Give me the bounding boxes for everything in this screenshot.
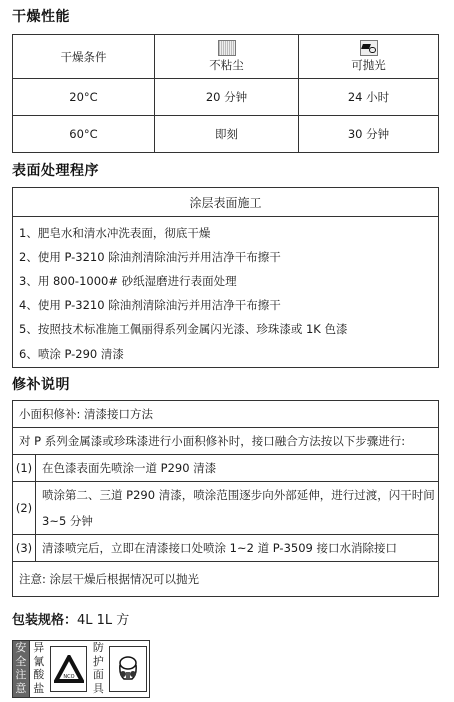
surface-step: 6、喷涂 P-290 清漆 — [13, 341, 439, 368]
protection-label-char: 防 — [91, 641, 105, 655]
repair-title: 修补说明 — [12, 374, 70, 394]
protection-label: 防 护 面 具 — [89, 641, 107, 697]
cell-dust-free: 即刻 — [155, 116, 299, 153]
safety-notice: 安 全 注 意 异 氰 酸 盐 NCO 防 护 面 具 — [12, 640, 150, 698]
safety-tag-char: 意 — [13, 682, 29, 696]
hazard-label-char: 氰 — [32, 655, 46, 669]
repair-intro: 对 P 系列金属漆或珍珠漆进行小面积修补时，接口融合方法按以下步骤进行: — [13, 428, 439, 455]
step-number: (3) — [13, 535, 36, 562]
surface-step: 2、使用 P-3210 除油剂清除油污并用洁净干布擦干 — [13, 245, 439, 269]
surface-step: 5、按照技术标准施工佩丽得系列金属闪光漆、珍珠漆或 1K 色漆 — [13, 317, 439, 341]
step-number: (2) — [13, 482, 36, 535]
hazard-label-char: 酸 — [32, 668, 46, 682]
header-polishable: 可抛光 — [299, 35, 439, 79]
safety-tag-char: 注 — [13, 668, 29, 682]
svg-text:NCO: NCO — [63, 674, 74, 680]
header-dust-free-label: 不粘尘 — [209, 58, 244, 72]
drying-table: 干燥条件 不粘尘 可抛光 20°C 20 分钟 24 小时 60°C 即刻 30… — [12, 34, 439, 153]
respirator-mask-icon — [109, 646, 147, 692]
header-polishable-label: 可抛光 — [351, 58, 386, 72]
surface-title: 表面处理程序 — [12, 160, 99, 180]
hazard-warning-icon: NCO — [50, 646, 88, 692]
surface-step: 1、肥皂水和清水冲洗表面，彻底干燥 — [13, 217, 439, 246]
step-text: 喷涂第二、三道 P290 清漆，喷涂范围逐步向外部延伸，进行过渡，闪干时间 3~… — [36, 482, 439, 535]
header-dust-free: 不粘尘 — [155, 35, 299, 79]
hazard-label-char: 盐 — [32, 682, 46, 696]
dust-free-icon — [218, 40, 236, 56]
repair-method: 小面积修补: 清漆接口方法 — [13, 401, 439, 428]
cell-polishable: 30 分钟 — [299, 116, 439, 153]
cell-dust-free: 20 分钟 — [155, 79, 299, 116]
surface-step: 3、用 800-1000# 砂纸湿磨进行表面处理 — [13, 269, 439, 293]
step-text: 清漆喷完后，立即在清漆接口处喷涂 1~2 道 P-3509 接口水消除接口 — [36, 535, 439, 562]
drying-title: 干燥性能 — [12, 6, 70, 26]
drying-header-row: 干燥条件 不粘尘 可抛光 — [13, 35, 439, 79]
cell-condition: 20°C — [13, 79, 155, 116]
protection-label-char: 具 — [91, 682, 105, 696]
surface-table: 涂层表面施工 1、肥皂水和清水冲洗表面，彻底干燥 2、使用 P-3210 除油剂… — [12, 187, 439, 368]
header-condition: 干燥条件 — [13, 35, 155, 79]
hazard-label: 异 氰 酸 盐 — [30, 641, 48, 697]
repair-table: 小面积修补: 清漆接口方法 对 P 系列金属漆或珍珠漆进行小面积修补时，接口融合… — [12, 400, 439, 597]
repair-note: 注意: 涂层干燥后根据情况可以抛光 — [13, 562, 439, 597]
table-row: (2) 喷涂第二、三道 P290 清漆，喷涂范围逐步向外部延伸，进行过渡，闪干时… — [13, 482, 439, 535]
table-row: (3) 清漆喷完后，立即在清漆接口处喷涂 1~2 道 P-3509 接口水消除接… — [13, 535, 439, 562]
surface-table-header: 涂层表面施工 — [13, 188, 439, 217]
cell-condition: 60°C — [13, 116, 155, 153]
packaging-value: 4L 1L 方 — [77, 613, 129, 628]
surface-step: 4、使用 P-3210 除油剂清除油污并用洁净干布擦干 — [13, 293, 439, 317]
table-row: 60°C 即刻 30 分钟 — [13, 116, 439, 153]
table-row: 20°C 20 分钟 24 小时 — [13, 79, 439, 116]
protection-label-char: 面 — [91, 668, 105, 682]
packaging: 包装规格：4L 1L 方 — [12, 609, 129, 628]
packaging-label: 包装规格： — [12, 613, 77, 628]
protection-label-char: 护 — [91, 655, 105, 669]
table-row: (1) 在色漆表面先喷涂一道 P290 清漆 — [13, 455, 439, 482]
cell-polishable: 24 小时 — [299, 79, 439, 116]
step-number: (1) — [13, 455, 36, 482]
step-text: 在色漆表面先喷涂一道 P290 清漆 — [36, 455, 439, 482]
hazard-label-char: 异 — [32, 641, 46, 655]
safety-tag-char: 全 — [13, 655, 29, 669]
safety-tag-char: 安 — [13, 641, 29, 655]
safety-tag: 安 全 注 意 — [13, 641, 30, 697]
polish-icon — [360, 40, 378, 56]
